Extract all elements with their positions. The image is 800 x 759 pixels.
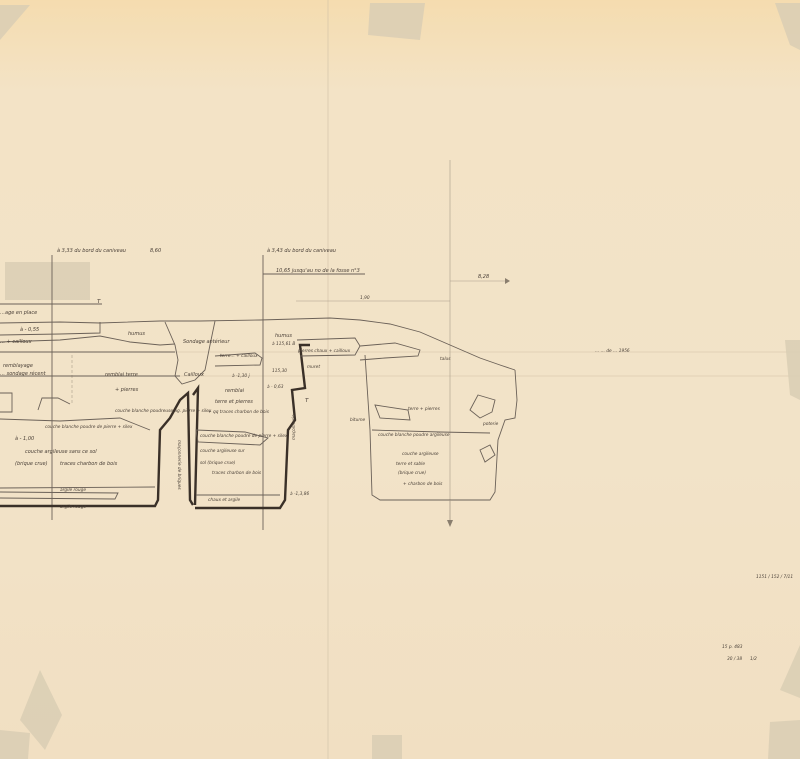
dimension-label: 10,65 jusqu'au no de la fosse n°3	[276, 268, 360, 274]
layer-sondage-recent: … sondage récent	[0, 370, 47, 377]
pit-level-bottom: à -1,3,86	[290, 490, 309, 497]
pit-traces: + qq traces charbon de bois	[208, 409, 270, 415]
layer-cailloux: … + cailloux	[0, 339, 32, 345]
right-brique: (brique crue)	[398, 470, 426, 476]
section-drawing-sheet: à 3,33 du bord du caniveau 8,60 à 3,43 d…	[0, 0, 800, 759]
pit-remblai: remblai	[225, 388, 245, 394]
level-label-1: à - 0,55	[20, 326, 39, 333]
right-terre-sable: terre et sable	[396, 461, 425, 467]
arrow-right-label: 8,28	[478, 274, 489, 280]
section-drawing: à 3,33 du bord du caniveau 8,60 à 3,43 d…	[0, 0, 800, 759]
pit-terre-pierres: terre et pierres	[215, 399, 253, 405]
archive-ref: 15 p. 483	[722, 644, 743, 650]
right-humus: humus	[275, 333, 292, 339]
label-cailloux: Cailloux	[184, 372, 204, 378]
level-label-2: à - 1,00	[15, 435, 34, 442]
label-en-place: …age en place	[0, 310, 37, 316]
label-couche-argileuse: couche argileuse sans ce sol	[25, 449, 97, 455]
right-muret: muret	[307, 364, 320, 370]
label-couche-blanche-2: couche blanche poudre de pierre + silex	[45, 424, 133, 430]
label-sondage: Sondage antérieur	[183, 338, 230, 345]
ref-right-label: à 3,43 du bord du caniveau	[267, 247, 336, 254]
label-argile-1: argile rouge	[60, 487, 86, 493]
right-terre-pierres: terre + pierres	[408, 406, 441, 412]
pit-couche-blanche: couche blanche poudre de pierre + silex	[200, 433, 288, 439]
label-couche-blanche: couche blanche poudreuse ag. pierre + si…	[115, 408, 212, 414]
stamp-fraction: 1151 / 152 / 7/11	[756, 574, 793, 580]
right-talus: talus	[440, 356, 451, 362]
sheet-number: 1/2	[750, 656, 757, 662]
pit-traces-2: traces charbon de bois	[212, 470, 262, 476]
pit-couche-argileuse: couche argileuse sur	[200, 448, 245, 454]
right-charbon: + charbon de bois	[403, 481, 443, 487]
right-level-n: à - 0,63	[267, 383, 284, 390]
label-terre: terre… + cailloux	[220, 353, 258, 359]
right-level-small: 115,30	[272, 368, 287, 374]
right-poterie: poterie	[482, 421, 499, 427]
label-remblai: remblai terre	[105, 372, 138, 378]
label-humus: humus	[128, 331, 145, 337]
label-argile-2: argile rouge	[60, 504, 86, 510]
ref-mid-label: 8,60	[150, 248, 161, 254]
right-couche: couche blanche poudre argileuse	[378, 432, 450, 438]
right-bitume: bitume	[350, 417, 366, 423]
vertical-label-left: maçonnerie de briques	[176, 440, 182, 490]
marker-t: T	[97, 299, 101, 305]
tape-pieces	[0, 3, 800, 759]
span-label: 1,90	[360, 295, 370, 301]
layer-remblayage: remblayage	[3, 363, 33, 369]
vertical-label-right: maçonnerie	[291, 414, 297, 440]
label-traces: traces charbon de bois	[60, 461, 118, 467]
right-couche-arg: couche argileuse	[402, 451, 439, 457]
ref-fraction: 30 / 38	[727, 656, 742, 662]
pit-brique: sol (brique crue)	[200, 460, 236, 466]
label-brique: (brique crue)	[15, 461, 48, 467]
pit-level: à -1,30 j	[232, 372, 250, 379]
right-marker-t: T	[305, 398, 309, 404]
right-pierres: pierres chaux + cailloux	[297, 348, 351, 354]
pit-base: chaux et argile	[208, 497, 241, 503]
margin-note-faint: … … de … 1956	[595, 348, 630, 354]
label-pierres: + pierres	[115, 387, 139, 393]
ref-left-label: à 3,33 du bord du caniveau	[57, 247, 126, 254]
right-level: à 115,61 B	[272, 340, 295, 347]
